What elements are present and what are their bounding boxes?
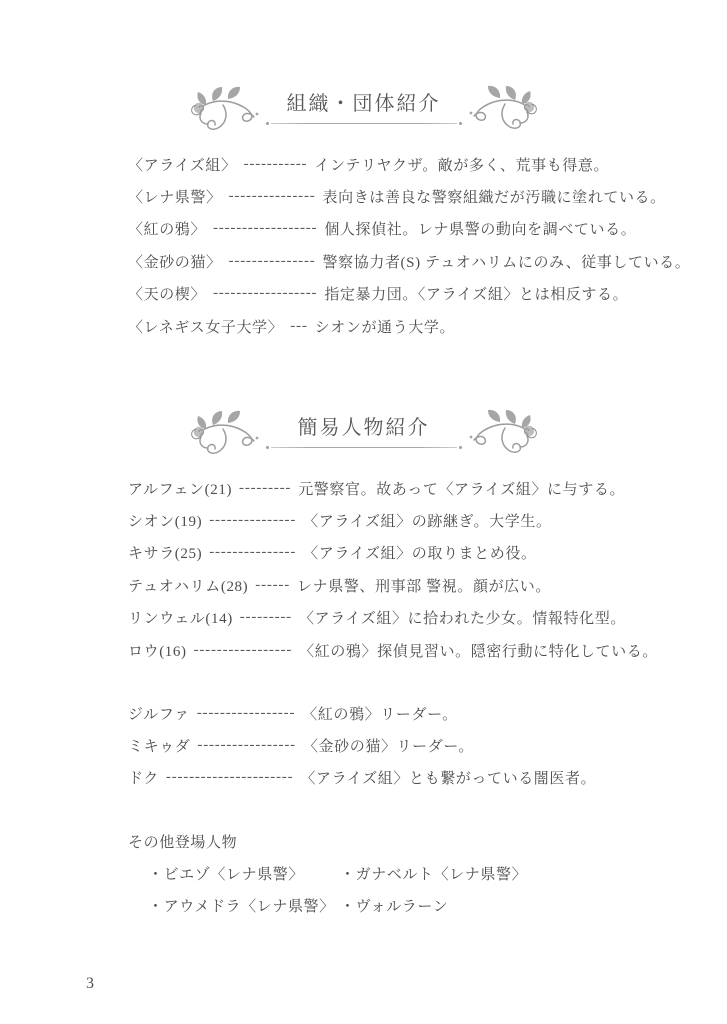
title-underline xyxy=(266,122,462,126)
character-desc: 元警察官。故あって〈アライズ組〉に与する。 xyxy=(298,478,625,499)
dash-leader: --------------- xyxy=(229,188,316,205)
org-desc: シオンが通う大学。 xyxy=(315,316,455,337)
dash-leader: ------------------ xyxy=(213,285,317,302)
org-desc: 個人探偵社。レナ県警の動向を調べている。 xyxy=(324,218,636,239)
character-row: アルフェン(21) --------- 元警察官。故あって〈アライズ組〉に与する… xyxy=(128,472,658,504)
title-block: 組織・団体紹介 xyxy=(266,92,462,126)
character-name: テュオハリム(28) xyxy=(128,575,248,596)
dash-leader: ----------------- xyxy=(194,642,293,659)
character-name: キサラ(25) xyxy=(128,542,202,563)
character-name: ミキゥダ xyxy=(128,735,190,756)
leaders-list: ジルファ ----------------- 〈紅の鴉〉リーダー。 ミキゥダ -… xyxy=(128,697,596,794)
org-desc: 指定暴力団。〈アライズ組〉とは相反する。 xyxy=(324,283,628,304)
underline-line xyxy=(271,447,457,448)
dash-leader: --- xyxy=(290,318,307,335)
character-row: ロウ(16) ----------------- 〈紅の鴉〉探偵見習い。隠密行動… xyxy=(128,634,658,666)
character-desc: 〈紅の鴉〉探偵見習い。隠密行動に特化している。 xyxy=(299,640,658,661)
character-desc: 〈アライズ組〉に拾われた少女。情報特化型。 xyxy=(299,607,626,628)
underline-dot-left xyxy=(266,122,269,125)
underline-dot-left xyxy=(266,446,269,449)
org-name: 〈レネギス女子大学〉 xyxy=(128,316,283,337)
dash-leader: --------------- xyxy=(209,512,296,529)
dash-leader: --------- xyxy=(239,480,291,497)
org-desc: 警察協力者(S) テュオハリムにのみ、従事している。 xyxy=(323,251,691,272)
other-character-item: ・ヴォルラーン xyxy=(340,889,527,921)
section-header-characters: 簡易人物紹介 xyxy=(0,408,727,458)
floral-flourish-icon xyxy=(191,410,265,458)
org-row: 〈天の楔〉 ------------------ 指定暴力団。〈アライズ組〉とは… xyxy=(128,278,690,310)
org-name: 〈金砂の猫〉 xyxy=(128,251,222,272)
page-number: 3 xyxy=(86,975,94,993)
organizations-title: 組織・団体紹介 xyxy=(287,92,441,117)
underline-dot-right xyxy=(459,446,462,449)
character-desc: レナ県警、刑事部 警視。顔が広い。 xyxy=(297,575,551,596)
floral-flourish-icon xyxy=(191,86,265,134)
character-desc: 〈アライズ組〉の取りまとめ役。 xyxy=(303,542,536,563)
org-name: 〈レナ県警〉 xyxy=(128,186,222,207)
character-row: ミキゥダ ----------------- 〈金砂の猫〉リーダー。 xyxy=(128,729,596,761)
dash-leader: ----------------- xyxy=(197,705,296,722)
character-row: キサラ(25) --------------- 〈アライズ組〉の取りまとめ役。 xyxy=(128,537,658,569)
title-underline xyxy=(266,446,462,450)
characters-title: 簡易人物紹介 xyxy=(298,416,430,441)
character-name: シオン(19) xyxy=(128,510,202,531)
org-row: 〈レネギス女子大学〉 --- シオンが通う大学。 xyxy=(128,310,690,342)
organizations-list: 〈アライズ組〉 ----------- インテリヤクザ。敵が多く、荒事も得意。 … xyxy=(128,148,690,342)
underline-line xyxy=(271,123,457,124)
character-row: ドク ---------------------- 〈アライズ組〉とも繋がってい… xyxy=(128,762,596,794)
underline-dot-right xyxy=(459,122,462,125)
dash-leader: ----------- xyxy=(244,156,308,173)
dash-leader: --------- xyxy=(240,609,292,626)
character-desc: 〈アライズ組〉の跡継ぎ。大学生。 xyxy=(303,510,551,531)
title-block: 簡易人物紹介 xyxy=(266,416,462,450)
dash-leader: ---------------------- xyxy=(166,769,294,786)
character-row: テュオハリム(28) ------ レナ県警、刑事部 警視。顔が広い。 xyxy=(128,569,658,601)
other-character-item: ・アウメドラ〈レナ県警〉 xyxy=(148,889,340,921)
dash-leader: ------------------ xyxy=(213,220,317,237)
org-row: 〈紅の鴉〉 ------------------ 個人探偵社。レナ県警の動向を調… xyxy=(128,213,690,245)
dash-leader: ----------------- xyxy=(197,737,296,754)
other-characters-title: その他登場人物 xyxy=(128,825,527,857)
other-characters-section: その他登場人物 ・ビエゾ〈レナ県警〉 ・ガナベルト〈レナ県警〉 ・アウメドラ〈レ… xyxy=(128,825,527,921)
character-desc: 〈金砂の猫〉リーダー。 xyxy=(303,735,474,756)
org-name: 〈天の楔〉 xyxy=(128,283,206,304)
character-row: リンウェル(14) --------- 〈アライズ組〉に拾われた少女。情報特化型… xyxy=(128,602,658,634)
floral-flourish-icon xyxy=(463,409,537,457)
org-desc: インテリヤクザ。敵が多く、荒事も得意。 xyxy=(314,154,609,175)
other-character-item: ・ビエゾ〈レナ県警〉 xyxy=(148,857,340,889)
character-name: ジルファ xyxy=(128,703,190,724)
character-name: ドク xyxy=(128,767,159,788)
character-name: アルフェン(21) xyxy=(128,478,232,499)
org-row: 〈金砂の猫〉 --------------- 警察協力者(S) テュオハリムにの… xyxy=(128,245,690,277)
character-desc: 〈アライズ組〉とも繋がっている闇医者。 xyxy=(300,767,596,788)
org-name: 〈紅の鴉〉 xyxy=(128,218,206,239)
org-row: 〈レナ県警〉 --------------- 表向きは善良な警察組織だが汚職に塗… xyxy=(128,180,690,212)
character-row: ジルファ ----------------- 〈紅の鴉〉リーダー。 xyxy=(128,697,596,729)
characters-list: アルフェン(21) --------- 元警察官。故あって〈アライズ組〉に与する… xyxy=(128,472,658,666)
dash-leader: --------------- xyxy=(229,253,316,270)
character-desc: 〈紅の鴉〉リーダー。 xyxy=(302,703,457,724)
dash-leader: ------ xyxy=(255,577,290,594)
floral-flourish-icon xyxy=(463,85,537,133)
org-name: 〈アライズ組〉 xyxy=(128,154,237,175)
document-page: 組織・団体紹介 〈アライズ組〉 ----------- インテリヤクザ。敵が多く… xyxy=(0,0,727,1024)
character-name: リンウェル(14) xyxy=(128,607,233,628)
other-character-item: ・ガナベルト〈レナ県警〉 xyxy=(340,857,527,889)
dash-leader: --------------- xyxy=(209,544,296,561)
org-row: 〈アライズ組〉 ----------- インテリヤクザ。敵が多く、荒事も得意。 xyxy=(128,148,690,180)
section-header-organizations: 組織・団体紹介 xyxy=(0,84,727,134)
other-characters-grid: ・ビエゾ〈レナ県警〉 ・ガナベルト〈レナ県警〉 ・アウメドラ〈レナ県警〉 ・ヴォ… xyxy=(148,857,527,921)
character-row: シオン(19) --------------- 〈アライズ組〉の跡継ぎ。大学生。 xyxy=(128,504,658,536)
character-name: ロウ(16) xyxy=(128,640,187,661)
org-desc: 表向きは善良な警察組織だが汚職に塗れている。 xyxy=(323,186,666,207)
